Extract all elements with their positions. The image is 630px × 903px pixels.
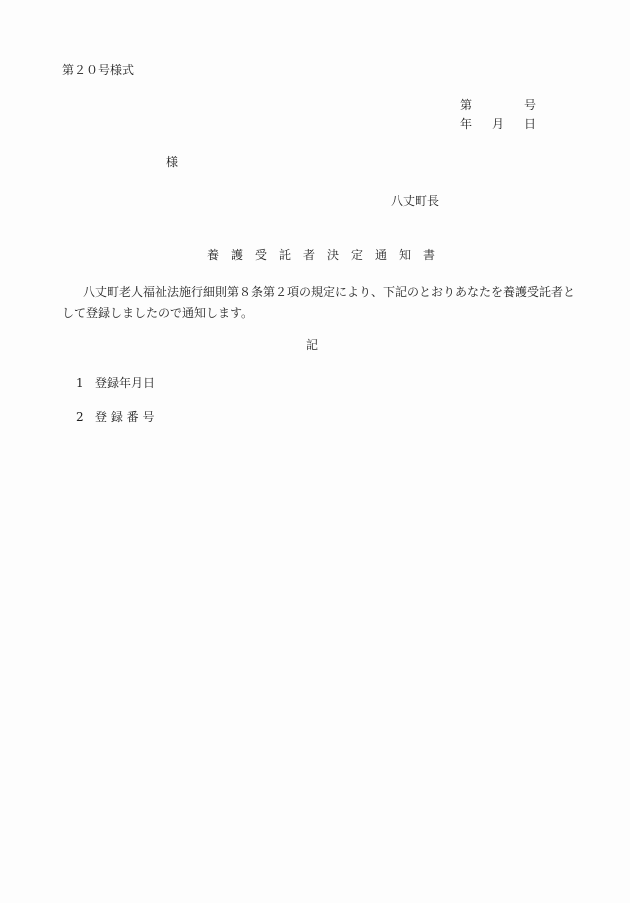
date-day-label: 日	[524, 117, 536, 131]
recipient-honorific: 様	[166, 155, 178, 169]
list-item-registration-date: 1登録年月日	[76, 376, 155, 390]
list-item-label: 登録年月日	[95, 376, 155, 390]
body-line-2: して登録しましたので通知します。	[62, 303, 582, 324]
document-number-line: 第 号	[460, 98, 536, 112]
list-item-number: 1	[76, 376, 95, 390]
list-marker-ki: 記	[62, 338, 562, 352]
body-line-1: 八丈町老人福祉法施行細則第８条第２項の規定により、下記のとおりあなたを養護受託者…	[62, 282, 582, 303]
date-month-label: 月	[492, 117, 504, 131]
list-item-number: 2	[76, 410, 95, 424]
document-title: 養護受託者決定通知書	[62, 248, 580, 262]
date-year-label: 年	[460, 117, 472, 131]
list-item-label: 登 録 番 号	[95, 410, 154, 424]
sender-name: 八丈町長	[391, 194, 439, 208]
document-number-prefix: 第	[460, 98, 472, 112]
body-paragraph: 八丈町老人福祉法施行細則第８条第２項の規定により、下記のとおりあなたを養護受託者…	[62, 282, 582, 324]
document-number-suffix: 号	[524, 98, 536, 112]
list-item-registration-number: 2登 録 番 号	[76, 410, 154, 424]
document-page: 第２０号様式 第 号 年 月 日 様 八丈町長 養護受託者決定通知書 八丈町老人…	[0, 0, 630, 903]
form-number: 第２０号様式	[62, 63, 134, 77]
date-line: 年 月 日	[460, 117, 536, 131]
